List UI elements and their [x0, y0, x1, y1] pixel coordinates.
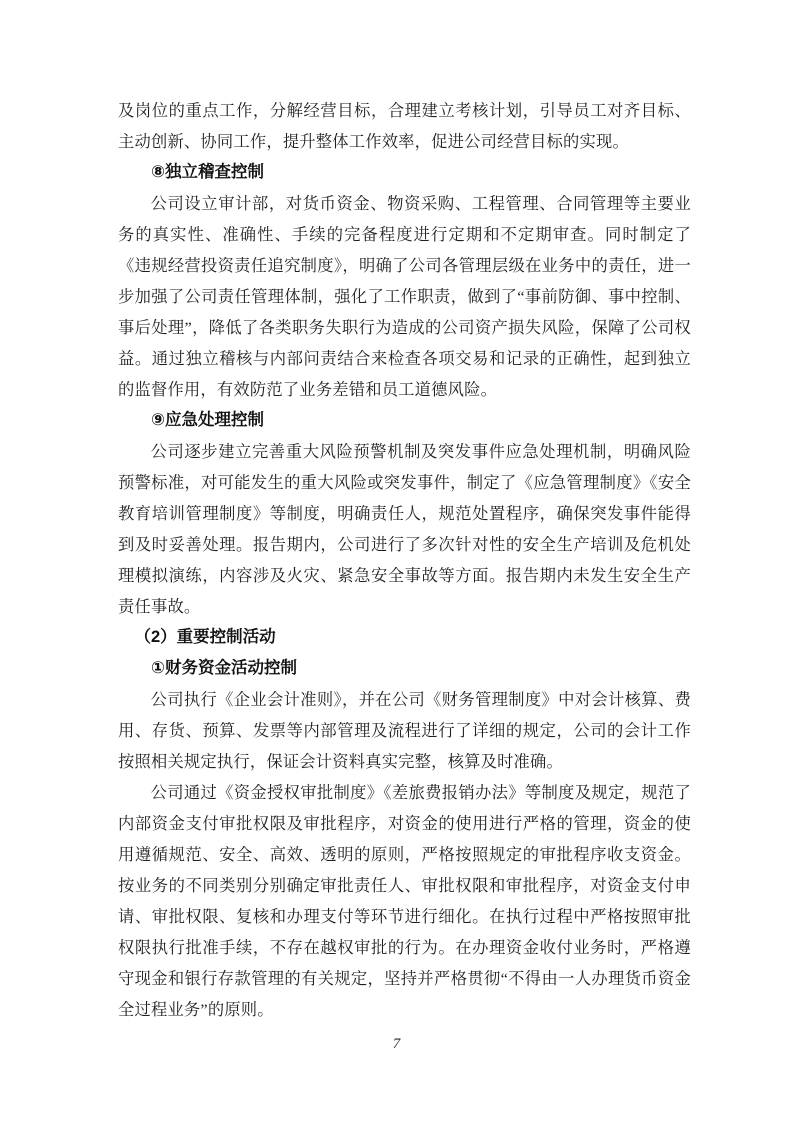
paragraph-fund-approval-control: 公司通过《资金授权审批制度》《差旅费报销办法》等制度及规定，规范了内部资金支付审… — [118, 777, 691, 1025]
document-page: 及岗位的重点工作，分解经营目标，合理建立考核计划，引导员工对齐目标、主动创新、协… — [0, 0, 793, 1122]
heading-2-important-control-activities: （2）重要控制活动 — [118, 622, 691, 653]
page-footer: 7 — [0, 1032, 793, 1056]
heading-8-independent-audit-control: ⑧独立稽查控制 — [118, 157, 691, 188]
paragraph-independent-audit-control: 公司设立审计部，对货币资金、物资采购、工程管理、合同管理等主要业务的真实性、准确… — [118, 188, 691, 405]
heading-9-emergency-handling-control: ⑨应急处理控制 — [118, 405, 691, 436]
page-number: 7 — [393, 1036, 401, 1052]
paragraph-accounting-standards: 公司执行《企业会计准则》，并在公司《财务管理制度》中对会计核算、费用、存货、预算… — [118, 684, 691, 777]
continued-paragraph-goal-management: 及岗位的重点工作，分解经营目标，合理建立考核计划，引导员工对齐目标、主动创新、协… — [118, 95, 691, 157]
document-body: 及岗位的重点工作，分解经营目标，合理建立考核计划，引导员工对齐目标、主动创新、协… — [118, 95, 691, 1025]
paragraph-emergency-handling-control: 公司逐步建立完善重大风险预警机制及突发事件应急处理机制，明确风险预警标准，对可能… — [118, 436, 691, 622]
heading-1-financial-funds-activity-control: ①财务资金活动控制 — [118, 653, 691, 684]
